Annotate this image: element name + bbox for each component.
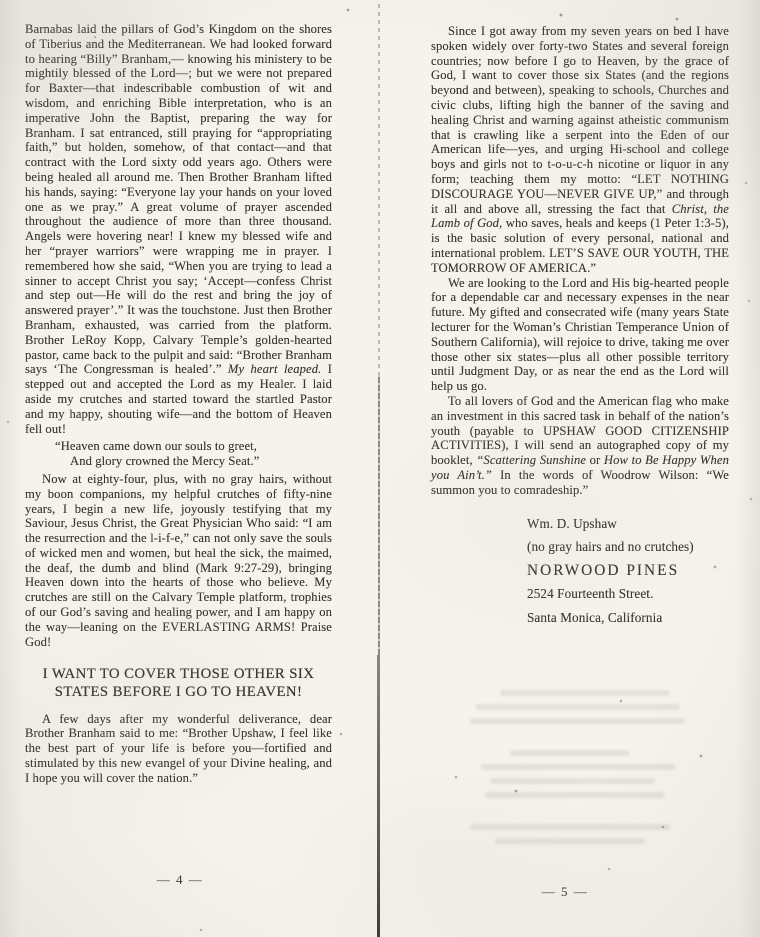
text-run: A few days after my wonderful deliveranc… xyxy=(25,712,332,785)
body-paragraph: We are looking to the Lord and His big-h… xyxy=(431,276,729,394)
page-number-right: — 5 — xyxy=(400,884,730,900)
text-run: Now at eighty-four, plus, with no gray h… xyxy=(25,472,332,649)
signature-line: Santa Monica, California xyxy=(527,606,729,630)
italic-phrase: “Scattering Sunshine xyxy=(476,453,586,467)
verse-line: And glory crowned the Mercy Seat.” xyxy=(70,454,332,469)
text-run: Since I got away from my seven years on … xyxy=(431,24,729,216)
scanned-booklet-spread: Barnabas laid the pillars of God’s Kingd… xyxy=(0,0,760,937)
page-number-left: — 4 — xyxy=(0,872,360,888)
body-paragraph: A few days after my wonderful deliveranc… xyxy=(25,712,332,786)
body-paragraph: Barnabas laid the pillars of God’s Kingd… xyxy=(25,22,332,436)
gutter-line-bottom xyxy=(377,655,380,937)
bleedthrough-text xyxy=(440,690,730,852)
right-page-column: Since I got away from my seven years on … xyxy=(431,24,729,629)
gutter-dashes-top xyxy=(378,0,380,375)
scan-noise-specks xyxy=(0,0,2,2)
body-paragraph: Now at eighty-four, plus, with no gray h… xyxy=(25,472,332,650)
verse-line: “Heaven came down our souls to greet, xyxy=(55,439,332,454)
body-paragraph: To all lovers of God and the American fl… xyxy=(431,394,729,498)
text-run: We are looking to the Lord and His big-h… xyxy=(431,276,729,394)
signature-line: NORWOOD PINES xyxy=(527,559,729,583)
italic-phrase: My heart leaped. xyxy=(228,362,321,376)
page-gutter-fold xyxy=(377,0,380,937)
verse-block: “Heaven came down our souls to greet,And… xyxy=(55,439,332,469)
signature-line: Wm. D. Upshaw xyxy=(527,512,729,536)
signature-line: (no gray hairs and no crutches) xyxy=(527,535,729,559)
body-paragraph: Since I got away from my seven years on … xyxy=(431,24,729,276)
text-run: Barnabas laid the pillars of God’s Kingd… xyxy=(25,22,332,376)
text-run: or xyxy=(586,453,604,467)
section-heading: I WANT TO COVER THOSE OTHER SIX STATES B… xyxy=(27,666,330,701)
gutter-dashes-middle xyxy=(378,375,380,655)
signature-block: Wm. D. Upshaw(no gray hairs and no crutc… xyxy=(527,512,729,630)
left-page-column: Barnabas laid the pillars of God’s Kingd… xyxy=(25,22,332,786)
signature-line: 2524 Fourteenth Street. xyxy=(527,582,729,606)
